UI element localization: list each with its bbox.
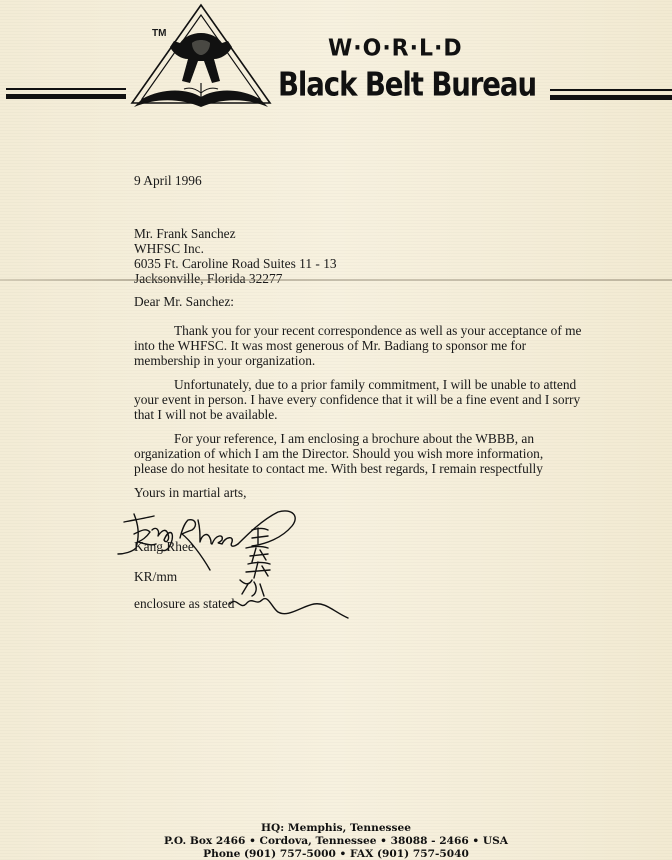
letterhead-organization-name: Black Belt Bureau — [278, 66, 536, 105]
footer-phone-fax: Phone (901) 757-5000 • FAX (901) 757-504… — [0, 848, 672, 860]
paragraph-3-line-3: please do not hesitate to contact me. Wi… — [134, 461, 543, 476]
letterhead-rule-left-thick — [6, 94, 126, 99]
letterhead-world: W·O·R·L·D — [328, 35, 463, 61]
enclosure-note: enclosure as stated — [134, 596, 234, 611]
paragraph-3-line-2: organization of which I am the Director.… — [134, 446, 543, 461]
triangle-black-belt-book-logo-icon — [128, 3, 274, 111]
trademark-mark: TM — [152, 28, 166, 39]
paragraph-3-line-1: For your reference, I am enclosing a bro… — [174, 431, 534, 446]
paper-fold-crease — [0, 279, 672, 281]
salutation: Dear Mr. Sanchez: — [134, 294, 234, 309]
paragraph-1-line-3: membership in your organization. — [134, 353, 315, 368]
paragraph-2-line-3: that I will not be available. — [134, 407, 278, 422]
paragraph-2-line-2: your event in person. I have every confi… — [134, 392, 580, 407]
recipient-name: Mr. Frank Sanchez — [134, 226, 236, 241]
paragraph-2-line-1: Unfortunately, due to a prior family com… — [174, 377, 576, 392]
typist-initials: KR/mm — [134, 569, 177, 584]
signer-name: Kang Rhee — [134, 539, 194, 554]
footer-mailing-address: P.O. Box 2466 • Cordova, Tennessee • 380… — [0, 835, 672, 848]
letterhead-rule-left-thin — [6, 88, 126, 90]
letter-date: 9 April 1996 — [134, 173, 202, 188]
closing: Yours in martial arts, — [134, 485, 246, 500]
letterhead-rule-right-thin — [550, 89, 672, 91]
letterhead-rule-right-thick — [550, 95, 672, 100]
paragraph-1-line-1: Thank you for your recent correspondence… — [174, 323, 582, 338]
paragraph-1-line-2: into the WHFSC. It was most generous of … — [134, 338, 526, 353]
recipient-company: WHFSC Inc. — [134, 241, 204, 256]
footer-headquarters: HQ: Memphis, Tennessee — [0, 822, 672, 835]
recipient-street: 6035 Ft. Caroline Road Suites 11 - 13 — [134, 256, 337, 271]
